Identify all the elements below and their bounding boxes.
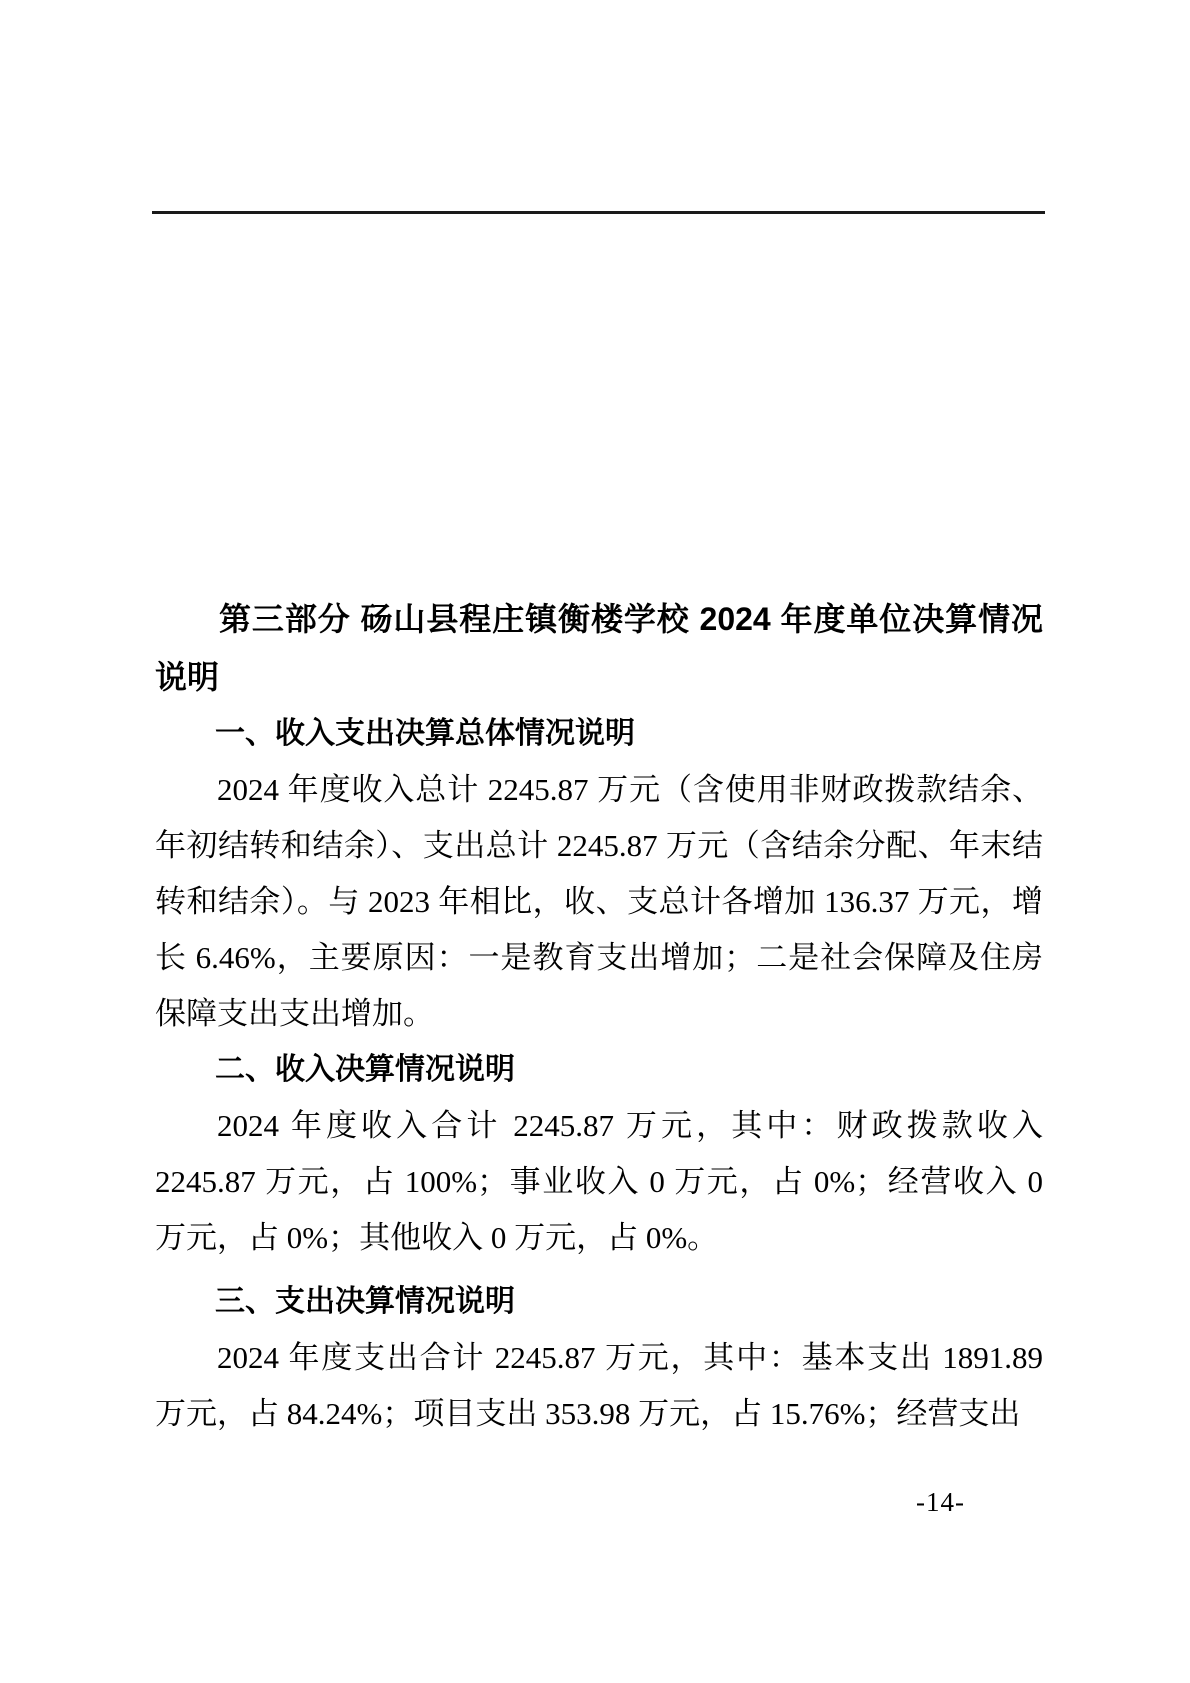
page-number: -14- — [916, 1487, 965, 1518]
document-content: 第三部分 砀山县程庄镇衡楼学校 2024 年度单位决算情况说明 一、收入支出决算… — [155, 0, 1043, 1442]
document-page: 第三部分 砀山县程庄镇衡楼学校 2024 年度单位决算情况说明 一、收入支出决算… — [0, 0, 1190, 1683]
section-3-heading: 三、支出决算情况说明 — [155, 1274, 1043, 1330]
section-2-heading: 二、收入决算情况说明 — [155, 1042, 1043, 1098]
document-title: 第三部分 砀山县程庄镇衡楼学校 2024 年度单位决算情况说明 — [155, 590, 1043, 706]
section-2-paragraph-1: 2024 年度收入合计 2245.87 万元，其中：财政拨款收入 2245.87… — [155, 1098, 1043, 1266]
section-1-heading: 一、收入支出决算总体情况说明 — [155, 706, 1043, 762]
section-1-paragraph-1: 2024 年度收入总计 2245.87 万元（含使用非财政拨款结余、年初结转和结… — [155, 762, 1043, 1042]
section-3-paragraph-1: 2024 年度支出合计 2245.87 万元，其中：基本支出 1891.89 万… — [155, 1330, 1043, 1442]
